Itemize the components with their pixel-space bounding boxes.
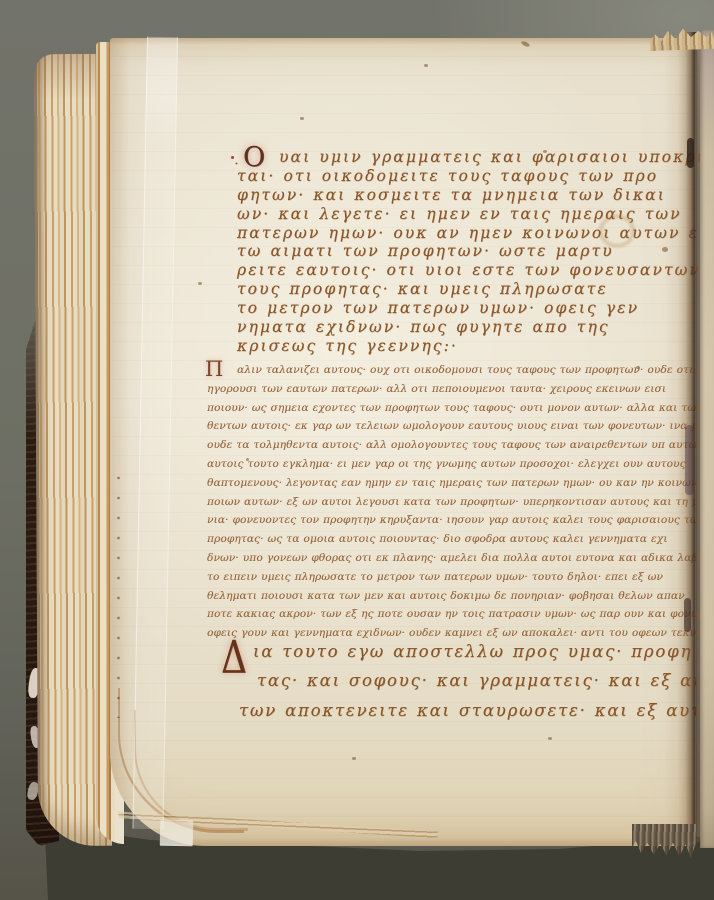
text-line: ων· και λεγετε· ει ημεν εν ταις ημεραις …	[237, 205, 657, 224]
foxing-speck	[300, 117, 304, 120]
text-line: προφητας· ως τα ομοια αυτοις ποιουντας· …	[207, 530, 669, 549]
strap-end-tab	[160, 820, 193, 847]
text-line: τω αιματι των προφητων· ωστε μαρτυ	[237, 242, 657, 261]
gospel-text-block-1: υαι υμιν γραμματεις και φαρισαιοι υποκρι…	[237, 148, 657, 356]
text-line: ποιων αυτων· εξ ων αυτοι λεγουσι κατα τω…	[207, 493, 669, 512]
foxing-speck	[424, 64, 428, 67]
gutter-stain	[684, 598, 691, 632]
text-line: ουδε τα τολμηθεντα αυτοις· αλλ ομολογουν…	[207, 436, 669, 455]
text-line: θαπτομενους· λεγοντας εαν ημην εν ταις η…	[207, 474, 669, 493]
text-line: ποιουν· ως σημεια εχοντες των προφητων τ…	[207, 399, 669, 418]
text-line: αυτοις τουτο εγκλημα· ει μεν γαρ οι της …	[207, 455, 669, 474]
red-ink-specks	[231, 156, 234, 159]
text-line: το ειπειν υμεις πληρωσατε το μετρον των …	[207, 568, 669, 587]
text-line: το μετρον των πατερων υμων· οφεις γεν	[237, 299, 657, 318]
foxing-speck	[662, 247, 668, 252]
text-line: τας· και σοφους· και γραμματεις· και εξ …	[239, 666, 659, 695]
text-line: ται· οτι οικοδομειτε τους ταφους των προ	[237, 167, 657, 186]
text-line: νια· φονευοντες τον προφητην κηρυξαντα· …	[207, 511, 669, 530]
text-line: θεληματι ποιουσι κατα των μεν και αυτοις…	[207, 587, 669, 606]
text-line: δνων· υπο γονεων φθορας οτι εκ πλανης· α…	[207, 549, 669, 568]
text-line: πατερων ημων· ουκ αν ημεν κοινωνοι αυτων…	[237, 224, 657, 243]
text-line: νηματα εχιδνων· πως φυγητε απο της	[237, 318, 657, 337]
facing-page-sliver	[700, 30, 714, 848]
gutter-stain	[687, 138, 694, 168]
gospel-text-block-2: ια τουτο εγω αποστελλω προς υμας· προφη …	[239, 637, 659, 725]
gutter-stain	[685, 425, 694, 495]
text-line: ηγορουσι των εαυτων πατερων· αλλ οτι πεπ…	[207, 380, 669, 399]
text-line: ρειτε εαυτοις· οτι υιοι εστε των φονευσα…	[237, 261, 657, 280]
text-line: αλιν ταλανιζει αυτους· ουχ οτι οικοδομου…	[207, 361, 669, 380]
text-line: θεντων αυτοις· εκ γαρ ων τελειων ωμολογο…	[207, 417, 669, 436]
text-line: των αποκτενειτε και σταυρωσετε· και εξ α…	[239, 696, 659, 725]
foxing-speck	[198, 282, 202, 285]
text-line: κρισεως της γεεννης:·	[237, 337, 657, 356]
foxing-speck	[352, 757, 356, 760]
text-line: ποτε κακιας ακρον· των εξ ης ποτε ουσαν …	[207, 605, 669, 624]
text-line: τους προφητας· και υμεις πληρωσατε	[237, 280, 657, 299]
text-line: φητων· και κοσμειτε τα μνημεια των δικαι	[237, 186, 657, 205]
open-manuscript-photograph: Ο υαι υμιν γραμματεις και φαρισαιοι υποκ…	[0, 0, 714, 900]
text-line: ια τουτο εγω αποστελλω προς υμας· προφη	[239, 637, 659, 666]
foxing-speck	[548, 737, 552, 740]
commentary-text-block: αλιν ταλανιζει αυτους· ουχ οτι οικοδομου…	[207, 361, 669, 643]
pricking-holes	[117, 468, 120, 718]
text-line: υαι υμιν γραμματεις και φαρισαιοι υποκρι	[237, 148, 657, 167]
